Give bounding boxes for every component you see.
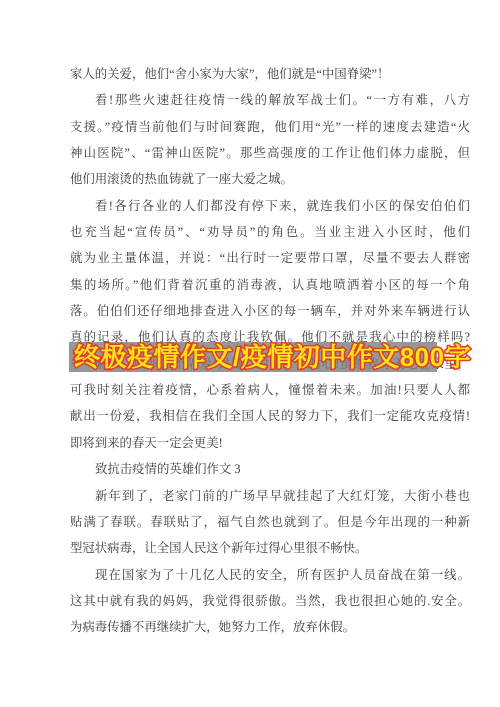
text-line: 即将到来的春天一定会更美!	[70, 430, 470, 456]
text-line: 这其中就有我的妈妈，我觉得很骄傲。当然，我也很担心她的.安全。	[70, 588, 470, 614]
text-line: 家人的关爱，他们“舍小家为大家”，他们就是“中国脊梁”！	[70, 61, 470, 87]
text-line: 贴满了春联。春联贴了，福气自然也就到了。但是今年出现的一种新	[70, 509, 470, 535]
text-line: 支援。”疫情当前他们与时间赛跑，他们用“光”一样的速度去建造“火	[70, 114, 470, 140]
text-line: 集的场所。”他们背着沉重的消毒液，认真地喷洒着小区的每一个角	[70, 272, 470, 298]
text-line: 就为业主量体温，并说：“出行时一定要带口罩，尽量不要去人群密	[70, 245, 470, 271]
headline-banner: 终极疫情作文/疫情初中作文800字	[69, 342, 437, 372]
text-line: 型冠状病毒，让全国人民这个新年过得心里很不畅快。	[70, 535, 470, 561]
text-line: 为病毒传播不再继续扩大，她努力工作，放弃休假。	[70, 614, 470, 640]
text-line: 致抗击疫情的英雄们作文 3	[70, 456, 470, 482]
headline-text: 终极疫情作文/疫情初中作文800字	[69, 342, 471, 372]
text-line: 神山医院”、“雷神山医院”。那些高强度的工作让他们体力虚脱，但	[70, 140, 470, 166]
text-line: 看!那些火速赶往疫情一线的解放军战士们。“一方有难，八方	[70, 87, 470, 113]
text-line: 献出一份爱，我相信在我们全国人民的努力下，我们一定能攻克疫情!	[70, 403, 470, 429]
text-line: 他们用滚烫的热血铸就了一座大爱之城。	[70, 166, 470, 192]
essay-page: 家人的关爱，他们“舍小家为大家”，他们就是“中国脊梁”！看!那些火速赶往疫情一线…	[0, 0, 500, 707]
text-line: 落。伯伯们还仔细地排查进入小区的每一辆车，并对外来车辆进行认	[70, 298, 470, 324]
text-line: 现在国家为了十几亿人民的安全，所有医护人员奋战在第一线。	[70, 562, 470, 588]
text-line: 新年到了，老家门前的广场早早就挂起了大红灯笼，大街小巷也	[70, 483, 470, 509]
text-line: 看!各行各业的人们都没有停下来，就连我们小区的保安伯伯们	[70, 193, 470, 219]
text-line: 也充当起“宣传员”、“劝导员”的角色。当业主进入小区时，他们	[70, 219, 470, 245]
text-line: 可我时刻关注着疫情，心系着病人，憧憬着未来。加油!只要人人都	[70, 377, 470, 403]
